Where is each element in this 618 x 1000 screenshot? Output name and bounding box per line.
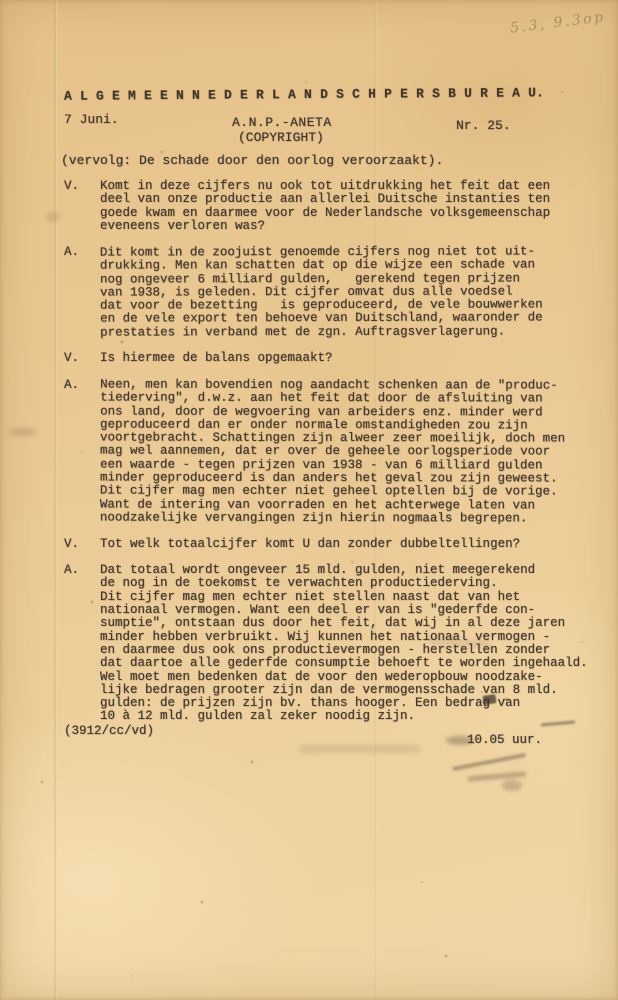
question-label: V.	[64, 352, 100, 365]
pencil-annotation: 5.3, 9.3op	[510, 9, 607, 37]
answer-block: A. Dit komt in de zoojuist genoemde cijf…	[64, 246, 574, 339]
answer-text: Neen, men kan bovendien nog aandacht sch…	[100, 378, 565, 525]
scanned-document-page: 5.3, 9.3op A L G E M E E N N E D E R L A…	[0, 0, 618, 1000]
answer-label: A.	[64, 246, 100, 339]
question-block: V. Komt in deze cijfers nu ook tot uitdr…	[64, 180, 574, 233]
question-block: V. Tot welk totaalcijfer komt U dan zond…	[64, 538, 574, 551]
answer-label: A.	[64, 564, 100, 724]
answer-block: A. Dat totaal wordt ongeveer 15 mld. gul…	[64, 564, 574, 724]
question-text: Tot welk totaalcijfer komt U dan zonder …	[100, 538, 520, 551]
date-label: 7 Juni.	[64, 112, 119, 127]
issue-number: Nr. 25.	[456, 118, 511, 133]
answer-text: Dit komt in de zoojuist genoemde cijfers…	[100, 246, 543, 340]
question-text: Komt in deze cijfers nu ook tot uitdrukk…	[100, 180, 550, 233]
subject-line: (vervolg: De schade door den oorlog vero…	[61, 153, 443, 168]
qa-list: V. Komt in deze cijfers nu ook tot uitdr…	[64, 180, 574, 737]
reference-code: (3912/cc/vd)	[64, 724, 154, 738]
ink-smudge	[300, 745, 420, 753]
time-stamp: 10.05 uur.	[467, 733, 542, 747]
answer-label: A.	[64, 379, 100, 525]
question-label: V.	[64, 180, 100, 233]
copyright-line: (COPYRIGHT)	[238, 130, 324, 145]
answer-block: A. Neen, men kan bovendien nog aandacht …	[64, 379, 574, 525]
question-text: Is hiermee de balans opgemaakt?	[100, 352, 333, 365]
answer-text: Dat totaal wordt ongeveer 15 mld. gulden…	[100, 564, 588, 724]
ink-smudge	[46, 212, 60, 222]
ink-smudge	[452, 753, 525, 771]
paper-fold-crease	[54, 0, 58, 1000]
question-block: V. Is hiermee de balans opgemaakt?	[64, 352, 574, 365]
agency-name: A.N.P.-ANETA	[232, 115, 332, 130]
ink-smudge	[8, 428, 38, 436]
footer: (3912/cc/vd) 10.05 uur.	[64, 724, 542, 738]
ink-smudge	[468, 771, 526, 781]
ink-smudge	[502, 780, 522, 791]
agency-title: A L G E M E E N N E D E R L A N D S C H …	[64, 85, 544, 103]
question-label: V.	[64, 538, 100, 551]
paper-speckles	[0, 0, 2, 2]
